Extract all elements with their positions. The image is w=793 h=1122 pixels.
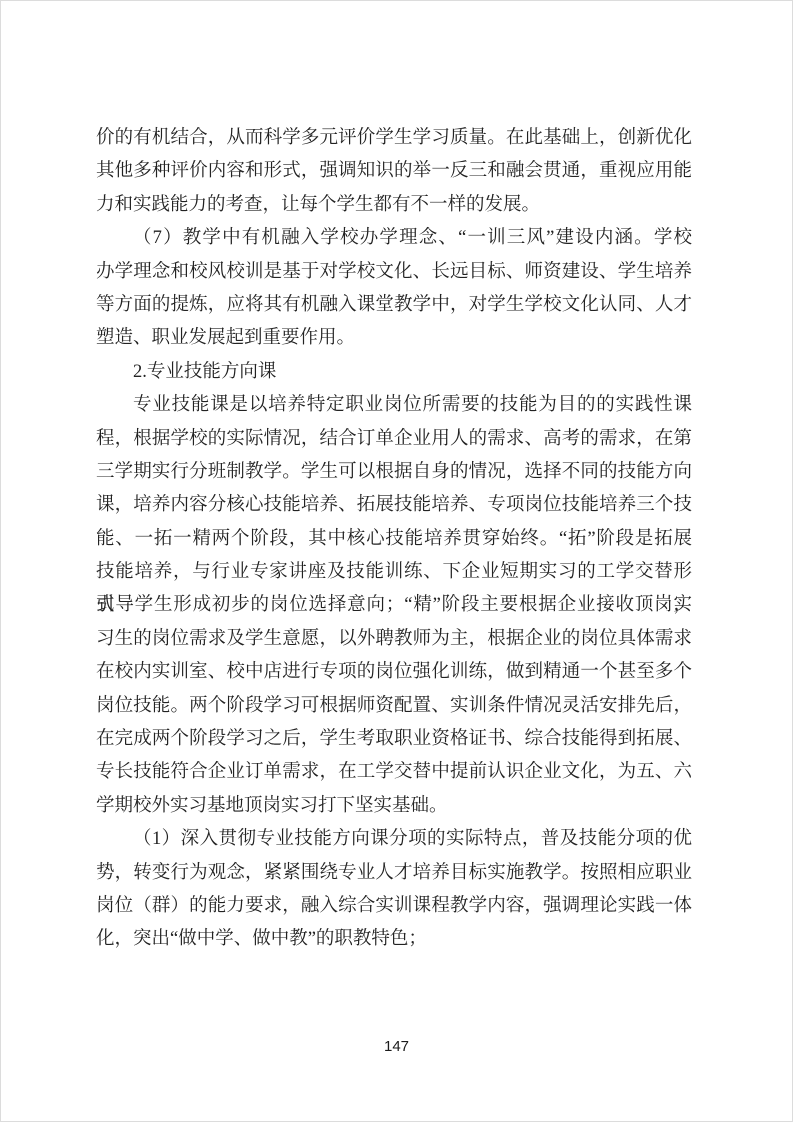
text-line: 专业技能课是以培养特定职业岗位所需要的技能为目的的实践性课 [96, 389, 692, 422]
text-line: 等方面的提炼，应将其有机融入课堂教学中，对学生学校文化认同、人才 [96, 289, 692, 322]
text-line: 能、一拓一精两个阶段，其中核心技能培养贯穿始终。“拓”阶段是拓展 [96, 523, 692, 556]
page-number: 147 [0, 1038, 793, 1055]
text-line: 习生的岗位需求及学生意愿，以外聘教师为主，根据企业的岗位具体需求 [96, 623, 692, 656]
text-line: 岗位（群）的能力要求，融入综合实训课程教学内容，强调理论实践一体 [96, 890, 692, 923]
text-line: （1）深入贯彻专业技能方向课分项的实际特点，普及技能分项的优 [96, 823, 692, 856]
text-line: 其他多种评价内容和形式，强调知识的举一反三和融会贯通，重视应用能 [96, 155, 692, 188]
text-line: 化，突出“做中学、做中教”的职教特色； [96, 923, 692, 956]
text-line: 技能培养，与行业专家讲座及技能训练、下企业短期实习的工学交替形式， [96, 556, 692, 589]
text-line: 程，根据学校的实际情况，结合订单企业用人的需求、高考的需求，在第 [96, 423, 692, 456]
text-line: 三学期实行分班制教学。学生可以根据自身的情况，选择不同的技能方向 [96, 456, 692, 489]
text-line: 学期校外实习基地顶岗实习打下坚实基础。 [96, 790, 692, 823]
text-line: 势，转变行为观念，紧紧围绕专业人才培养目标实施教学。按照相应职业 [96, 857, 692, 890]
text-line: 价的有机结合，从而科学多元评价学生学习质量。在此基础上，创新优化 [96, 122, 692, 155]
text-line: （7）教学中有机融入学校办学理念、“一训三风”建设内涵。学校 [96, 222, 692, 255]
text-line: 岗位技能。两个阶段学习可根据师资配置、实训条件情况灵活安排先后， [96, 690, 692, 723]
text-line: 在完成两个阶段学习之后，学生考取职业资格证书、综合技能得到拓展、 [96, 723, 692, 756]
text-line: 引导学生形成初步的岗位选择意向；“精”阶段主要根据企业接收顶岗实 [96, 589, 692, 622]
text-line: 2.专业技能方向课 [96, 356, 692, 389]
document-body: 价的有机结合，从而科学多元评价学生学习质量。在此基础上，创新优化 其他多种评价内… [96, 122, 692, 957]
text-line: 在校内实训室、校中店进行专项的岗位强化训练，做到精通一个甚至多个 [96, 656, 692, 689]
text-line: 力和实践能力的考查，让每个学生都有不一样的发展。 [96, 189, 692, 222]
text-line: 塑造、职业发展起到重要作用。 [96, 322, 692, 355]
text-line: 课，培养内容分核心技能培养、拓展技能培养、专项岗位技能培养三个技 [96, 489, 692, 522]
text-line: 专长技能符合企业订单需求，在工学交替中提前认识企业文化，为五、六 [96, 756, 692, 789]
text-line: 办学理念和校风校训是基于对学校文化、长远目标、师资建设、学生培养 [96, 256, 692, 289]
